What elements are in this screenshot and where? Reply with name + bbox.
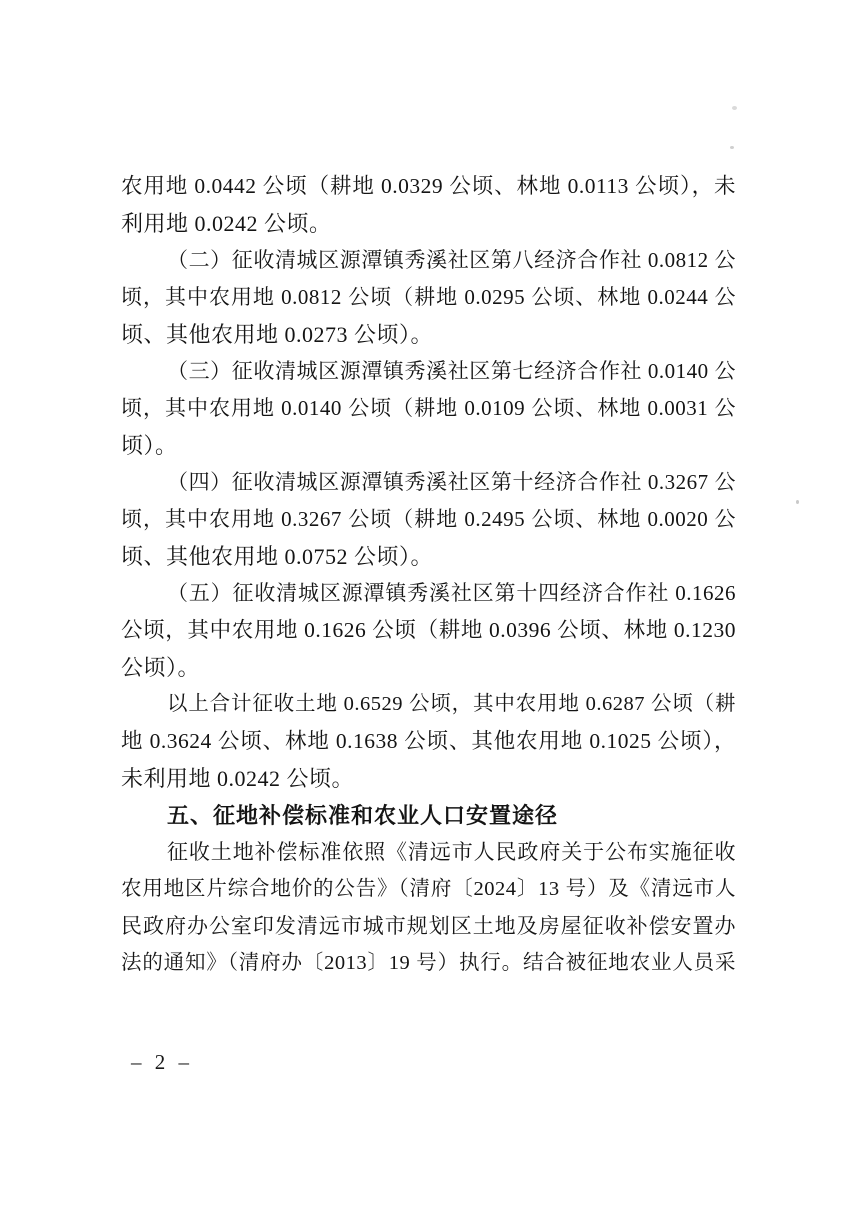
document-line: （四）征收清城区源潭镇秀溪社区第十经济合作社 0.3267 公 [121,464,736,501]
document-line: 征收土地补偿标准依照《清远市人民政府关于公布实施征收 [121,834,736,871]
document-line: 农用地区片综合地价的公告》（清府〔2024〕13 号）及《清远市人 [121,871,736,908]
document-page: 农用地 0.0442 公顷（耕地 0.0329 公顷、林地 0.0113 公顷）… [0,0,850,1213]
document-line: 地 0.3624 公顷、林地 0.1638 公顷、其他农用地 0.1025 公顷… [121,723,736,760]
document-line: （五）征收清城区源潭镇秀溪社区第十四经济合作社 0.1626 [121,575,736,612]
document-line: 利用地 0.0242 公顷。 [121,205,736,242]
document-line: 顷，其中农用地 0.0140 公顷（耕地 0.0109 公顷、林地 0.0031… [121,390,736,427]
scan-speck [796,500,799,504]
scan-speck [732,106,737,110]
document-line: 农用地 0.0442 公顷（耕地 0.0329 公顷、林地 0.0113 公顷）… [121,168,736,205]
document-line: 顷，其中农用地 0.3267 公顷（耕地 0.2495 公顷、林地 0.0020… [121,501,736,538]
document-line: （三）征收清城区源潭镇秀溪社区第七经济合作社 0.0140 公 [121,353,736,390]
document-body: 农用地 0.0442 公顷（耕地 0.0329 公顷、林地 0.0113 公顷）… [121,168,736,982]
document-line: 顷、其他农用地 0.0273 公顷）。 [121,316,736,353]
document-line: 民政府办公室印发清远市城市规划区土地及房屋征收补偿安置办 [121,908,736,945]
document-line: 顷、其他农用地 0.0752 公顷）。 [121,538,736,575]
document-line: 公顷）。 [121,649,736,686]
section-heading: 五、征地补偿标准和农业人口安置途径 [121,797,736,834]
document-line: （二）征收清城区源潭镇秀溪社区第八经济合作社 0.0812 公 [121,242,736,279]
page-number: – 2 – [131,1046,193,1078]
document-line: 顷）。 [121,427,736,464]
document-line: 未利用地 0.0242 公顷。 [121,760,736,797]
document-line: 以上合计征收土地 0.6529 公顷，其中农用地 0.6287 公顷（耕 [121,686,736,723]
document-line: 法的通知》（清府办〔2013〕19 号）执行。结合被征地农业人员采 [121,945,736,982]
scan-speck [730,146,734,149]
document-line: 顷，其中农用地 0.0812 公顷（耕地 0.0295 公顷、林地 0.0244… [121,279,736,316]
document-line: 公顷，其中农用地 0.1626 公顷（耕地 0.0396 公顷、林地 0.123… [121,612,736,649]
